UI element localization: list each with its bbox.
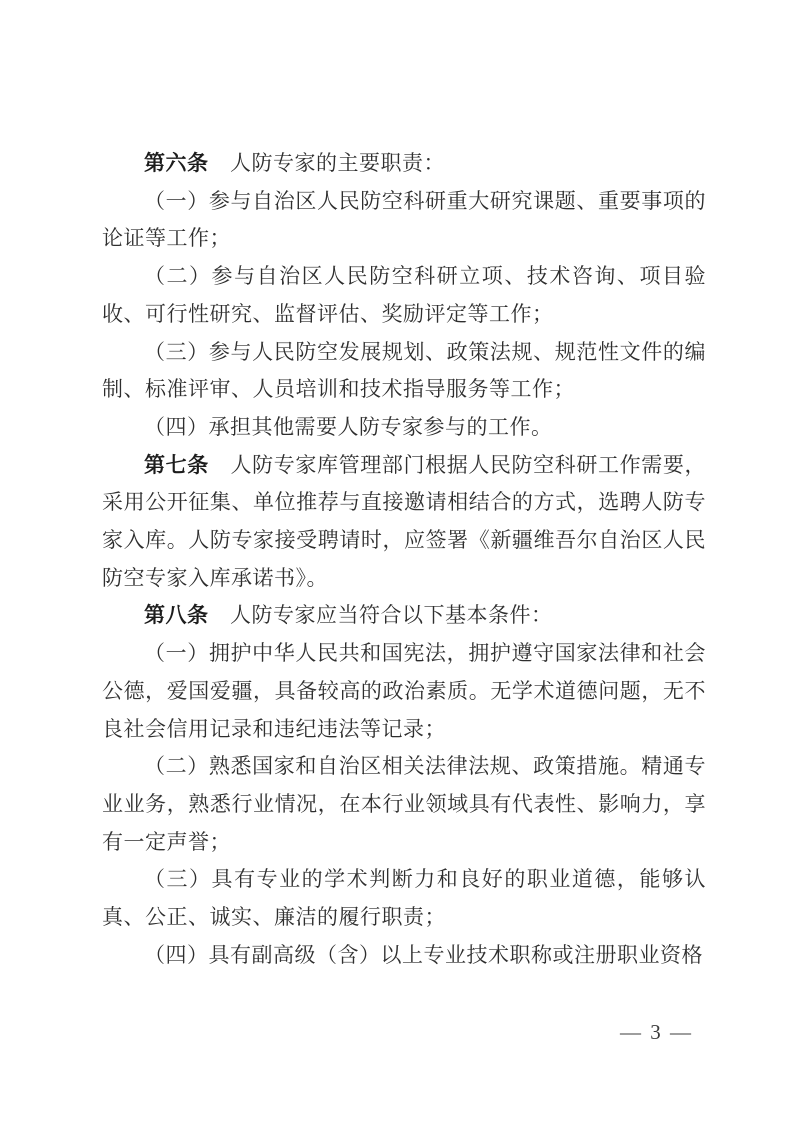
article-8-item-3: （三）具有专业的学术判断力和良好的职业道德，能够认真、公正、诚实、廉洁的履行职责… bbox=[102, 861, 706, 936]
paragraph-text: （二）熟悉国家和自治区相关法律法规、政策措施。精通专业业务，熟悉行业情况，在本行… bbox=[102, 754, 706, 853]
article-number: 第七条 bbox=[144, 453, 209, 477]
article-6-item-4: （四）承担其他需要人防专家参与的工作。 bbox=[102, 409, 706, 447]
article-6-item-1: （一）参与自治区人民防空科研重大研究课题、重要事项的论证等工作； bbox=[102, 183, 706, 258]
paragraph-text: （二）参与自治区人民防空科研立项、技术咨询、项目验收、可行性研究、监督评估、奖励… bbox=[102, 264, 706, 326]
article-6-item-3: （三）参与人民防空发展规划、政策法规、规范性文件的编制、标准评审、人员培训和技术… bbox=[102, 334, 706, 409]
paragraph-text: 人防专家应当符合以下基本条件： bbox=[209, 603, 553, 627]
paragraph-text: 人防专家的主要职责： bbox=[209, 151, 446, 175]
page-number: — 3 — bbox=[620, 1020, 693, 1045]
article-8-item-2: （二）熟悉国家和自治区相关法律法规、政策措施。精通专业业务，熟悉行业情况，在本行… bbox=[102, 748, 706, 861]
article-8-item-1: （一）拥护中华人民共和国宪法，拥护遵守国家法律和社会公德，爱国爱疆，具备较高的政… bbox=[102, 635, 706, 748]
article-7: 第七条 人防专家库管理部门根据人民防空科研工作需要，采用公开征集、单位推荐与直接… bbox=[102, 447, 706, 598]
article-6-item-2: （二）参与自治区人民防空科研立项、技术咨询、项目验收、可行性研究、监督评估、奖励… bbox=[102, 258, 706, 333]
article-8-item-4: （四）具有副高级（含）以上专业技术职称或注册职业资格 bbox=[102, 937, 706, 975]
document-page: 第六条 人防专家的主要职责：（一）参与自治区人民防空科研重大研究课题、重要事项的… bbox=[0, 0, 793, 1122]
paragraph-text: （三）具有专业的学术判断力和良好的职业道德，能够认真、公正、诚实、廉洁的履行职责… bbox=[102, 867, 706, 929]
paragraph-text: （四）承担其他需要人防专家参与的工作。 bbox=[144, 415, 553, 439]
article-8-heading: 第八条 人防专家应当符合以下基本条件： bbox=[102, 597, 706, 635]
article-number: 第六条 bbox=[144, 151, 209, 175]
paragraph-text: （一）拥护中华人民共和国宪法，拥护遵守国家法律和社会公德，爱国爱疆，具备较高的政… bbox=[102, 641, 706, 740]
paragraph-text: （三）参与人民防空发展规划、政策法规、规范性文件的编制、标准评审、人员培训和技术… bbox=[102, 340, 706, 402]
article-number: 第八条 bbox=[144, 603, 209, 627]
document-body: 第六条 人防专家的主要职责：（一）参与自治区人民防空科研重大研究课题、重要事项的… bbox=[102, 145, 706, 974]
paragraph-text: （四）具有副高级（含）以上专业技术职称或注册职业资格 bbox=[144, 943, 703, 967]
article-6-heading: 第六条 人防专家的主要职责： bbox=[102, 145, 706, 183]
paragraph-text: （一）参与自治区人民防空科研重大研究课题、重要事项的论证等工作； bbox=[102, 189, 706, 251]
